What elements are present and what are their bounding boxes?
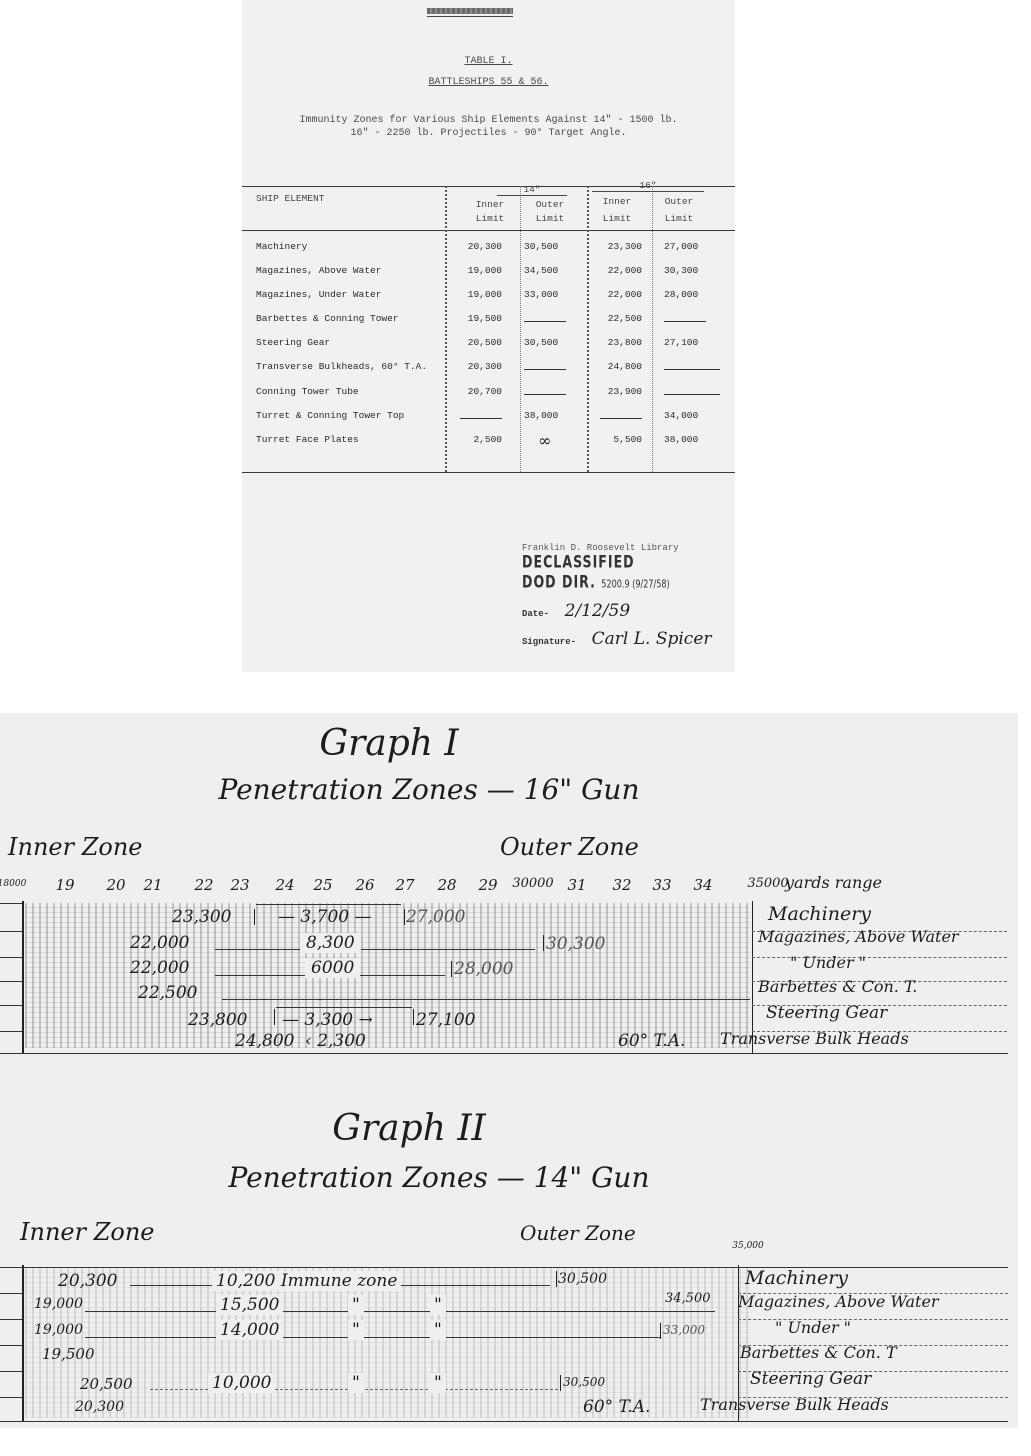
table-bottom-rule xyxy=(242,472,735,473)
grid-line xyxy=(0,957,22,958)
grid-line xyxy=(0,931,22,932)
grid-line xyxy=(0,903,22,904)
infinity-symbol: ∞ xyxy=(538,431,584,450)
header-inner-14: InnerLimit xyxy=(467,199,513,224)
blank-dash xyxy=(596,410,642,422)
header-outer-16: OuterLimit xyxy=(656,196,702,224)
header-group-16in: 16" xyxy=(592,180,704,192)
graph1-title: Graph I xyxy=(0,723,898,764)
table-row: Machinery 20,300 30,500 23,300 27,000 xyxy=(242,241,735,257)
graph2-inner-zone-label: Inner Zone xyxy=(20,1218,154,1246)
grid-line xyxy=(0,1293,22,1294)
table-row: Conning Tower Tube 20,700 23,900 xyxy=(242,386,735,402)
stamp-status: DECLASSIFIED xyxy=(522,553,722,572)
blank-dash xyxy=(524,361,570,373)
graph1-left-axis xyxy=(22,901,24,1053)
grid-line xyxy=(0,1371,22,1372)
column-separator xyxy=(445,186,447,472)
graph1-subtitle: Penetration Zones — 16" Gun xyxy=(0,773,938,806)
table-row: Magazines, Under Water 19,000 33,000 22,… xyxy=(242,289,735,305)
table-row: Barbettes & Conning Tower 19,500 22,500 xyxy=(242,313,735,329)
grid-line xyxy=(0,1031,22,1032)
blank-dash xyxy=(664,361,714,373)
declassification-stamp: Franklin D. Roosevelt Library DECLASSIFI… xyxy=(522,543,722,649)
grid-line xyxy=(0,1319,22,1320)
classification-mark-redacted xyxy=(427,6,513,17)
graph2-left-axis xyxy=(22,1265,24,1422)
graph2-title: Graph II xyxy=(0,1108,918,1149)
graph1-outer-zone-label: Outer Zone xyxy=(500,833,639,861)
graph1-inner-zone-label: Inner Zone xyxy=(8,833,142,861)
blank-dash xyxy=(524,313,570,325)
grid-line xyxy=(0,1345,22,1346)
stamp-signature: Signature- Carl L. Spicer xyxy=(522,629,722,649)
column-separator xyxy=(520,186,521,472)
table-description-line1: Immunity Zones for Various Ship Elements… xyxy=(242,115,735,126)
stamp-date: Date- 2/12/59 xyxy=(522,601,722,621)
column-separator xyxy=(587,186,589,472)
table-row: Transverse Bulkheads, 60° T.A. 20,300 24… xyxy=(242,361,735,377)
stamp-library: Franklin D. Roosevelt Library xyxy=(522,543,722,553)
table-row: Magazines, Above Water 19,000 34,500 22,… xyxy=(242,265,735,281)
header-outer-14: OuterLimit xyxy=(527,199,573,224)
grid-line xyxy=(0,981,22,982)
grid-line xyxy=(0,1421,1008,1422)
grid-line xyxy=(0,1267,1008,1268)
graph2-ta-note: 60° T.A. xyxy=(583,1397,650,1417)
table-description-line2: 16" - 2250 lb. Projectiles - 90° Target … xyxy=(242,128,735,139)
blank-dash xyxy=(664,386,714,398)
table-row: Steering Gear 20,500 30,500 23,800 27,10… xyxy=(242,337,735,353)
graph1-ta-note: 60° T.A. xyxy=(618,1031,685,1051)
graph2-outer-zone-label: Outer Zone xyxy=(520,1221,636,1245)
handwritten-graph-page: Graph I Penetration Zones — 16" Gun Inne… xyxy=(0,713,1018,1428)
blank-dash xyxy=(664,313,714,325)
table-header-rule xyxy=(242,230,735,231)
table-row: Turret Face Plates 2,500 ∞ 5,500 38,000 xyxy=(242,434,735,450)
graph2-subtitle: Penetration Zones — 14" Gun xyxy=(0,1161,948,1194)
grid-line xyxy=(0,1005,22,1006)
header-ship-element: SHIP ELEMENT xyxy=(256,193,324,204)
stamp-directive: DOD DIR. 5200.9 (9/27/58) xyxy=(522,573,722,592)
grid-line xyxy=(0,1397,22,1398)
graph2-axis-end-tick: 35,000 xyxy=(732,1241,764,1251)
table-title: TABLE I. xyxy=(242,56,735,67)
blank-dash xyxy=(456,410,502,422)
header-group-14in: 14" xyxy=(497,184,567,196)
typed-table-page: TABLE I. BATTLESHIPS 55 & 56. Immunity Z… xyxy=(242,0,735,672)
grid-line xyxy=(0,1053,1008,1054)
column-separator xyxy=(652,186,653,472)
graph1-axis-unit: yards range xyxy=(785,873,882,892)
table-row: Turret & Conning Tower Top 38,000 34,000 xyxy=(242,410,735,426)
table-subtitle: BATTLESHIPS 55 & 56. xyxy=(242,77,735,88)
header-inner-16: InnerLimit xyxy=(594,196,640,224)
blank-dash xyxy=(524,386,570,398)
